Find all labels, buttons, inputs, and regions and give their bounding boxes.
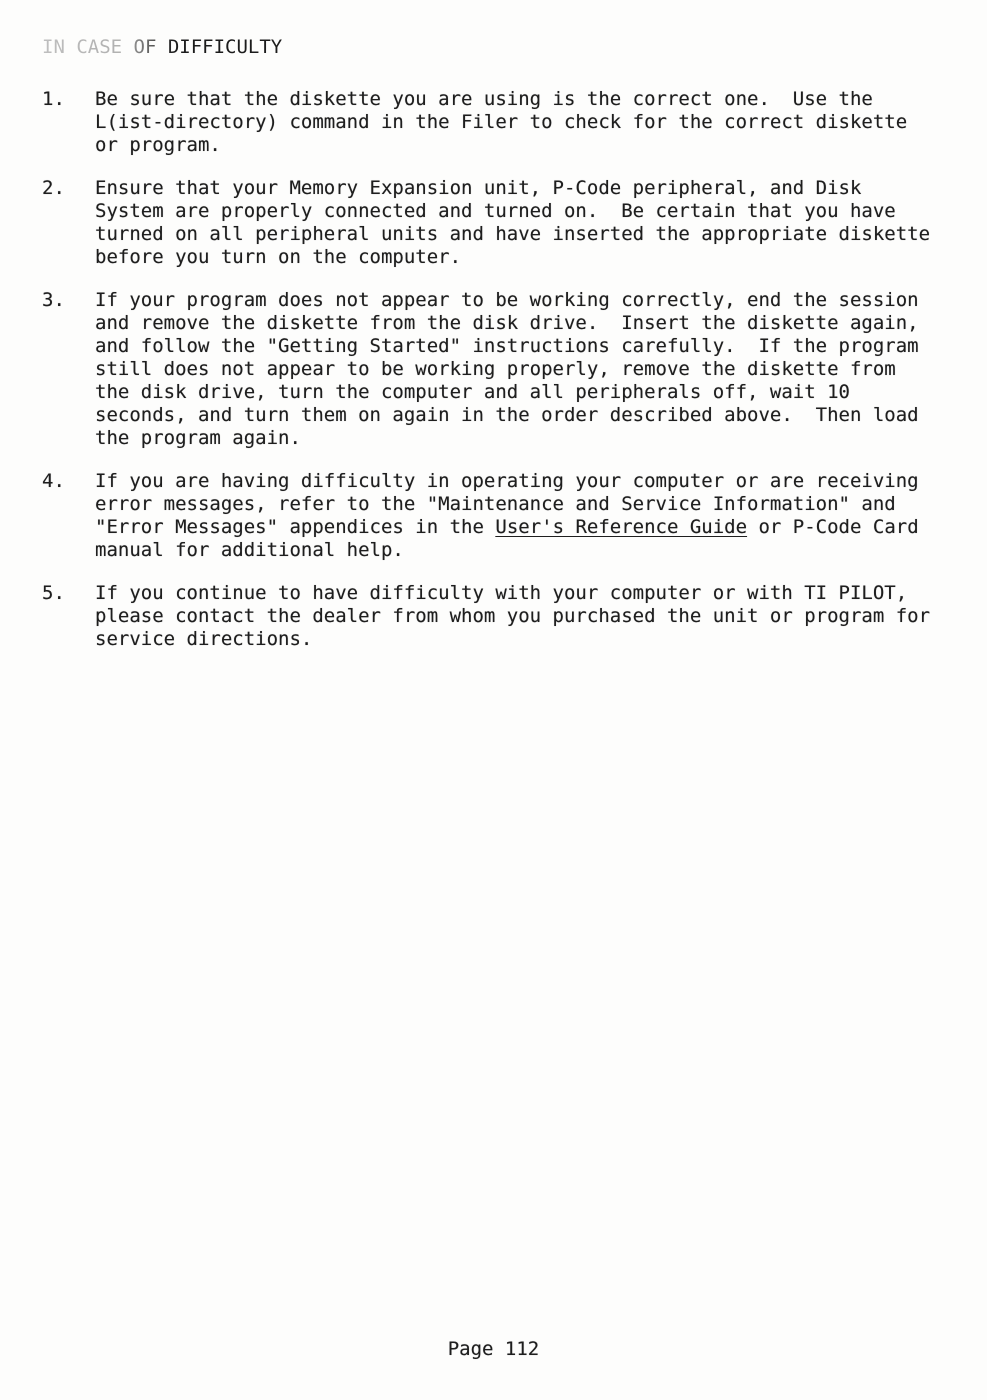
item-text: Ensure that your Memory Expansion unit, … <box>95 177 930 269</box>
list-item: 4. If you are having difficulty in opera… <box>42 470 957 562</box>
item-number: 5. <box>42 582 95 651</box>
item-text: If you continue to have difficulty with … <box>95 582 930 651</box>
page-footer: Page 112 <box>0 1338 987 1361</box>
item-text: If your program does not appear to be wo… <box>95 289 919 450</box>
page-title: IN CASE OF DIFFICULTY <box>42 36 282 59</box>
item-text: Be sure that the diskette you are using … <box>95 88 907 157</box>
item-number: 4. <box>42 470 95 562</box>
list-item: 1. Be sure that the diskette you are usi… <box>42 88 957 157</box>
item-number: 2. <box>42 177 95 269</box>
item-text: If you are having difficulty in operatin… <box>95 470 919 562</box>
list-item: 3. If your program does not appear to be… <box>42 289 957 450</box>
list-item: 2. Ensure that your Memory Expansion uni… <box>42 177 957 269</box>
document-page: IN CASE OF DIFFICULTY 1. Be sure that th… <box>0 0 987 1400</box>
instruction-list: 1. Be sure that the diskette you are usi… <box>42 88 957 651</box>
list-item: 5. If you continue to have difficulty wi… <box>42 582 957 651</box>
item-number: 3. <box>42 289 95 450</box>
item-number: 1. <box>42 88 95 157</box>
